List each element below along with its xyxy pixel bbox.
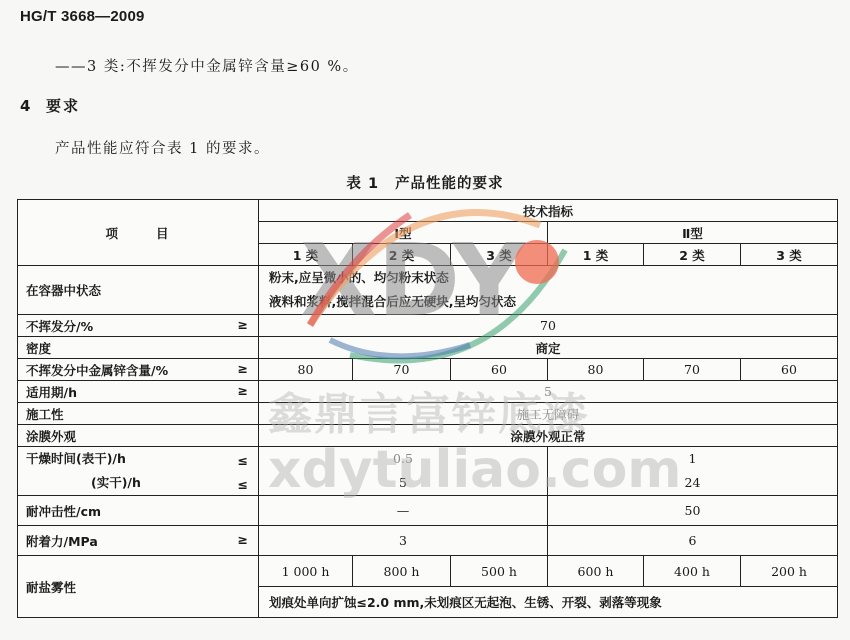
table-number: 表 1 [346,176,379,192]
pot-life-value: 5 [259,381,838,403]
zinc-value: 80 [259,359,353,381]
product-performance-table: 项目 技术指标 Ⅰ型 Ⅱ型 1 类 2 类 3 类 1 类 2 类 3 类 在容… [17,199,838,618]
table-header-row: 项目 技术指标 [18,200,838,222]
table-row: 不挥发分中金属锌含量/%≥ 80 70 60 80 70 60 [18,359,838,381]
class-header: 1 类 [259,244,353,266]
row-label-nonvolatile: 不挥发分/%≥ [18,315,259,337]
row-label-density: 密度 [18,337,259,359]
intro-paragraph: 产品性能应符合表 1 的要求。 [55,137,270,158]
table-caption: 产品性能的要求 [395,176,504,192]
zinc-value: 80 [548,359,644,381]
zinc-value: 70 [644,359,741,381]
class-header: 3 类 [741,244,838,266]
table-title: 表 1产品性能的要求 [0,172,850,193]
table-row: 在容器中状态 粉末,应呈微小的、均匀粉末状态 液料和浆料,搅拌混合后应无硬块,呈… [18,266,838,315]
density-value: 商定 [259,337,838,359]
section-heading: 4要求 [20,95,80,116]
drying-type1-value: 0.5 5 [259,447,548,496]
nonvolatile-value: 70 [259,315,838,337]
table-row: 附着力/MPa≥ 3 6 [18,526,838,556]
state-value: 粉末,应呈微小的、均匀粉末状态 液料和浆料,搅拌混合后应无硬块,呈均匀状态 [259,266,838,315]
row-label-appearance: 涂膜外观 [18,425,259,447]
salt-spray-hours: 400 h [644,556,741,587]
salt-spray-criterion: 划痕处单向扩蚀≤2.0 mm,未划痕区无起泡、生锈、开裂、剥落等现象 [259,587,838,618]
salt-spray-hours: 1 000 h [259,556,353,587]
workability-value: 施工无障碍 [259,403,838,425]
table-row: 耐冲击性/cm — 50 [18,496,838,526]
section-title: 要求 [46,97,80,115]
row-label-state: 在容器中状态 [18,266,259,315]
class-header: 3 类 [451,244,548,266]
adhesion-type2-value: 6 [548,526,838,556]
table-row: 不挥发分/%≥ 70 [18,315,838,337]
drying-type2-value: 1 24 [548,447,838,496]
salt-spray-hours: 200 h [741,556,838,587]
impact-type1-value: — [259,496,548,526]
row-label-pot-life: 适用期/h≥ [18,381,259,403]
appearance-value: 涂膜外观正常 [259,425,838,447]
class-header: 2 类 [353,244,451,266]
class-header: 2 类 [644,244,741,266]
class3-note: ——3 类:不挥发分中金属锌含量≥60 %。 [55,55,359,76]
row-label-workability: 施工性 [18,403,259,425]
row-label-zinc-content: 不挥发分中金属锌含量/%≥ [18,359,259,381]
salt-spray-hours: 500 h [451,556,548,587]
type-1-header: Ⅰ型 [259,222,548,244]
table-row: 适用期/h≥ 5 [18,381,838,403]
table-row: 施工性 施工无障碍 [18,403,838,425]
class-header: 1 类 [548,244,644,266]
row-label-adhesion: 附着力/MPa≥ [18,526,259,556]
type-2-header: Ⅱ型 [548,222,838,244]
row-label-impact: 耐冲击性/cm [18,496,259,526]
table-row: 密度 商定 [18,337,838,359]
zinc-value: 60 [451,359,548,381]
impact-type2-value: 50 [548,496,838,526]
table-row: 耐盐雾性 1 000 h 800 h 500 h 600 h 400 h 200… [18,556,838,587]
table-row: 干燥时间(表干)/h≤ (实干)/h≤ 0.5 5 1 24 [18,447,838,496]
salt-spray-hours: 600 h [548,556,644,587]
zinc-value: 60 [741,359,838,381]
item-header: 项目 [18,200,259,266]
tech-index-header: 技术指标 [259,200,838,222]
salt-spray-hours: 800 h [353,556,451,587]
section-number: 4 [20,97,46,115]
row-label-drying-time: 干燥时间(表干)/h≤ (实干)/h≤ [18,447,259,496]
row-label-salt-spray: 耐盐雾性 [18,556,259,618]
adhesion-type1-value: 3 [259,526,548,556]
zinc-value: 70 [353,359,451,381]
standard-code: HG/T 3668—2009 [20,8,145,25]
table-row: 涂膜外观 涂膜外观正常 [18,425,838,447]
